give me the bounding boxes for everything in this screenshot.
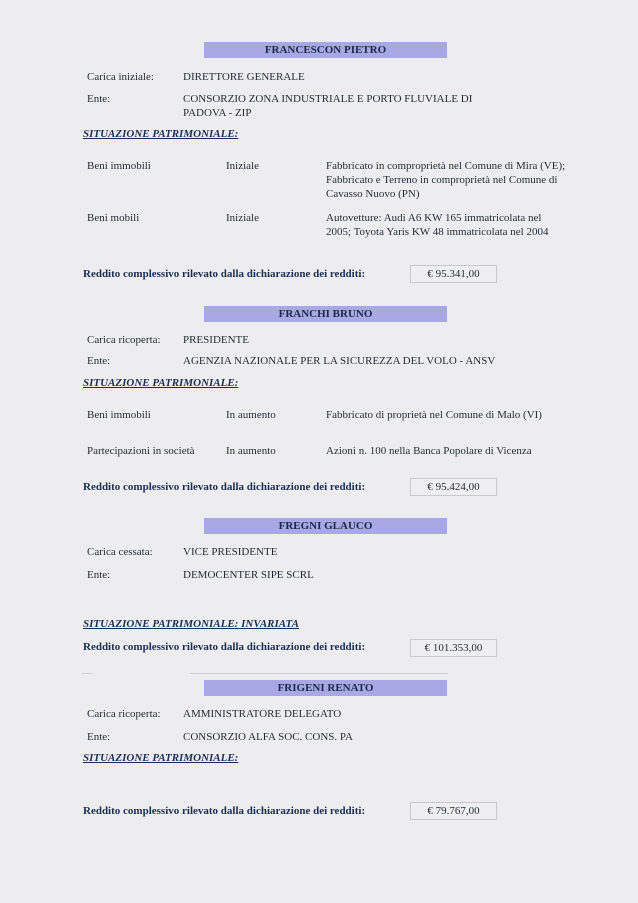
heritage-heading: SITUAZIONE PATRIMONIALE: [83, 128, 238, 140]
role-label: Carica cessata: [87, 545, 153, 559]
asset-description: Fabbricato di proprietà nel Comune di Ma… [326, 408, 566, 422]
role-value: AMMINISTRATORE DELEGATO [183, 707, 523, 721]
divider [190, 673, 448, 674]
entity-label: Ente: [87, 92, 110, 106]
heritage-heading: SITUAZIONE PATRIMONIALE: [83, 377, 238, 389]
entity-value: AGENZIA NAZIONALE PER LA SICUREZZA DEL V… [183, 354, 563, 368]
income-value: € 101.353,00 [410, 639, 497, 657]
asset-type: Partecipazioni in società [87, 444, 195, 458]
income-label: Reddito complessivo rilevato dalla dichi… [83, 805, 365, 817]
entity-label: Ente: [87, 730, 110, 744]
document-page: FRANCESCON PIETRO Carica iniziale: DIRET… [0, 0, 638, 903]
role-value: VICE PRESIDENTE [183, 545, 523, 559]
entity-label: Ente: [87, 354, 110, 368]
income-label: Reddito complessivo rilevato dalla dichi… [83, 268, 365, 280]
asset-description: Azioni n. 100 nella Banca Popolare di Vi… [326, 444, 566, 458]
heritage-heading: SITUAZIONE PATRIMONIALE: [83, 752, 238, 764]
entity-value: CONSORZIO ZONA INDUSTRIALE E PORTO FLUVI… [183, 92, 503, 120]
role-label: Carica ricoperta: [87, 707, 161, 721]
role-value: DIRETTORE GENERALE [183, 70, 523, 84]
person-name-header: FRANCHI BRUNO [204, 306, 447, 322]
asset-type: Beni immobili [87, 408, 151, 422]
income-label: Reddito complessivo rilevato dalla dichi… [83, 641, 365, 653]
asset-type: Beni immobili [87, 159, 151, 173]
asset-status: In aumento [226, 444, 276, 458]
asset-type: Beni mobili [87, 211, 139, 225]
person-name-header: FRIGENI RENATO [204, 680, 447, 696]
role-label: Carica iniziale: [87, 70, 154, 84]
entity-value: DEMOCENTER SIPE SCRL [183, 568, 523, 582]
divider [82, 673, 92, 674]
person-name-header: FRANCESCON PIETRO [204, 42, 447, 58]
role-label: Carica ricoperta: [87, 333, 161, 347]
entity-value: CONSORZIO ALFA SOC. CONS. PA [183, 730, 523, 744]
income-label: Reddito complessivo rilevato dalla dichi… [83, 481, 365, 493]
asset-status: In aumento [226, 408, 276, 422]
heritage-heading: SITUAZIONE PATRIMONIALE: INVARIATA [83, 618, 299, 630]
asset-status: Iniziale [226, 159, 259, 173]
income-value: € 95.424,00 [410, 478, 497, 496]
entity-label: Ente: [87, 568, 110, 582]
asset-description: Autovetture: Audi A6 KW 165 immatricolat… [326, 211, 566, 239]
income-value: € 95.341,00 [410, 265, 497, 283]
role-value: PRESIDENTE [183, 333, 523, 347]
asset-status: Iniziale [226, 211, 259, 225]
income-value: € 79.767,00 [410, 802, 497, 820]
asset-description: Fabbricato in comproprietà nel Comune di… [326, 159, 566, 201]
person-name-header: FREGNI GLAUCO [204, 518, 447, 534]
